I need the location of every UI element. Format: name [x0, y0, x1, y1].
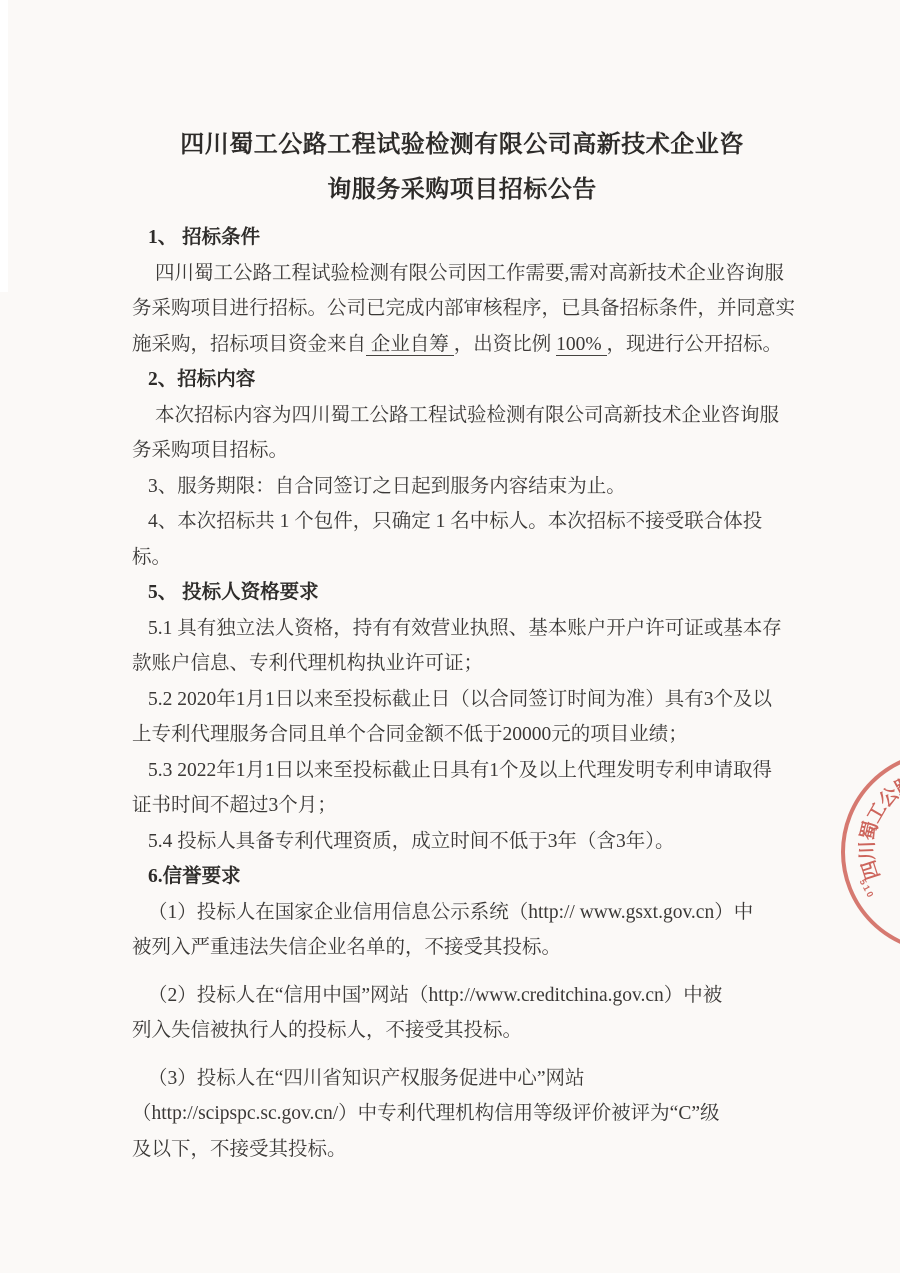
funding-source-value: 企业自筹: [366, 334, 454, 356]
qualification-5-1-line-2: 款账户信息、专利代理机构执业许可证；: [132, 646, 792, 682]
section-5-heading: 5、 投标人资格要求: [132, 575, 792, 611]
credit-req-3-line-2: （http://scipspc.sc.gov.cn/）中专利代理机构信用等级评价…: [132, 1096, 792, 1132]
title-line-1: 四川蜀工公路工程试验检测有限公司高新技术企业咨: [132, 123, 792, 168]
funding-ratio-value: 100%: [556, 334, 606, 356]
section-1-heading: 1、 招标条件: [132, 220, 792, 256]
bid-content-line-2: 务采购项目招标。: [132, 433, 792, 469]
section-2-heading: 2、招标内容: [132, 362, 792, 398]
qualification-5-3-line-2: 证书时间不超过3个月；: [132, 788, 792, 824]
title-line-2: 询服务采购项目招标公告: [132, 168, 792, 213]
credit-req-2-line-2: 列入失信被执行人的投标人，不接受其投标。: [132, 1013, 792, 1049]
credit-req-1-line-2: 被列入严重违法失信企业名单的，不接受其投标。: [132, 930, 792, 966]
section-6-heading: 6.信誉要求: [132, 859, 792, 895]
qualification-5-1-line-1: 5.1 具有独立法人资格，持有有效营业执照、基本账户开户许可证或基本存: [132, 611, 792, 647]
funding-text-mid: ，出资比例: [454, 334, 556, 355]
funding-text-post: ，现进行公开招标。: [607, 334, 783, 355]
bid-content-line-1: 本次招标内容为四川蜀工公路工程试验检测有限公司高新技术企业咨询服: [132, 398, 792, 434]
document-title: 四川蜀工公路工程试验检测有限公司高新技术企业咨 询服务采购项目招标公告: [132, 123, 792, 213]
qualification-5-2-line-2: 上专利代理服务合同且单个合同金额不低于20000元的项目业绩；: [132, 717, 792, 753]
package-count-line-1: 4、本次招标共 1 个包件，只确定 1 名中标人。本次招标不接受联合体投: [132, 504, 792, 540]
credit-req-1-line-1: （1）投标人在国家企业信用信息公示系统（http:// www.gsxt.gov…: [132, 895, 792, 931]
scanned-document-page: 四川蜀工公路工程试验检测有限公司高新技术企业咨 询服务采购项目招标公告 1、 招…: [0, 0, 900, 1273]
qualification-5-3-line-1: 5.3 2022年1月1日以来至投标截止日具有1个及以上代理发明专利申请取得: [132, 753, 792, 789]
credit-req-3-line-1: （3）投标人在“四川省知识产权服务促进中心”网站: [132, 1061, 792, 1097]
bid-conditions-line-2: 务采购项目进行招标。公司已完成内部审核程序，已具备招标条件，并同意实: [132, 291, 792, 327]
qualification-5-4: 5.4 投标人具备专利代理资质，成立时间不低于3年（含3年）。: [132, 824, 792, 860]
qualification-5-2-line-1: 5.2 2020年1月1日以来至投标截止日（以合同签订时间为准）具有3个及以: [132, 682, 792, 718]
credit-req-2-line-1: （2）投标人在“信用中国”网站（http://www.creditchina.g…: [132, 978, 792, 1014]
bid-conditions-line-3: 施采购，招标项目资金来自 企业自筹 ，出资比例 100% ，现进行公开招标。: [132, 327, 792, 363]
seal-arc-char: 川: [852, 841, 880, 861]
credit-req-3-line-3: 及以下，不接受其投标。: [132, 1132, 792, 1168]
funding-text-pre: 施采购，招标项目资金来自: [132, 334, 366, 355]
document-content: 四川蜀工公路工程试验检测有限公司高新技术企业咨 询服务采购项目招标公告 1、 招…: [132, 123, 792, 1167]
scan-edge-artifact: [0, 0, 8, 292]
service-period-item: 3、服务期限：自合同签订之日起到服务内容结束为止。: [132, 469, 792, 505]
package-count-line-2: 标。: [132, 540, 792, 576]
bid-conditions-line-1: 四川蜀工公路工程试验检测有限公司因工作需要,需对高新技术企业咨询服: [132, 256, 792, 292]
